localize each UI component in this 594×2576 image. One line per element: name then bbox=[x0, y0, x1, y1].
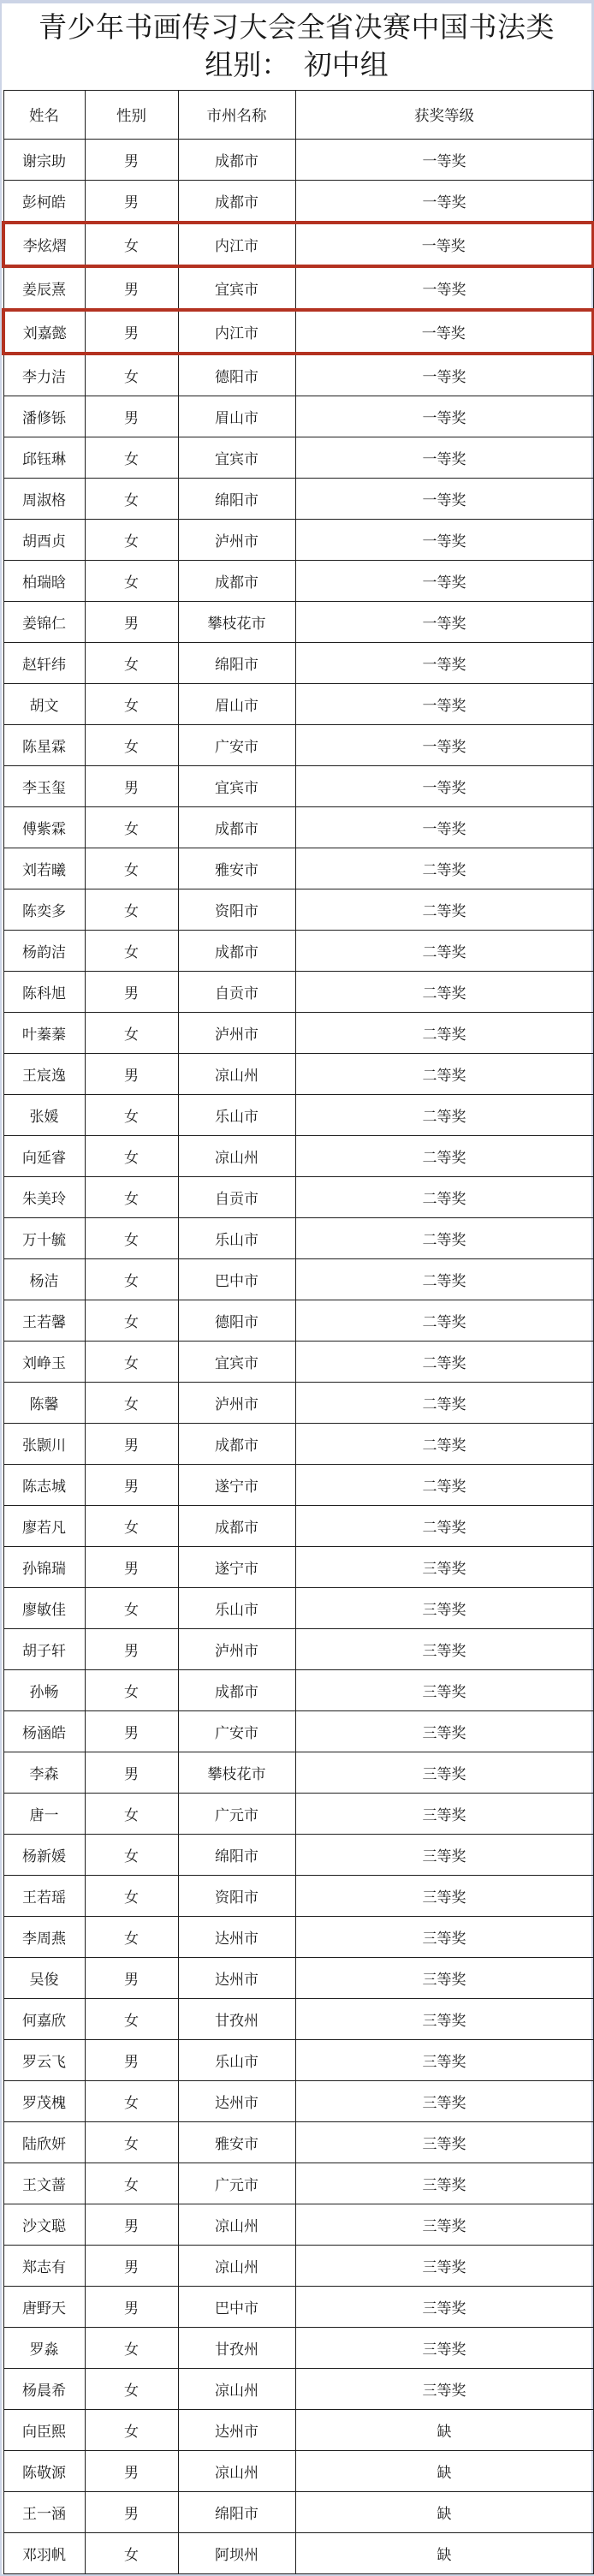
table-row: 谢宗助 男 成都市 一等奖 bbox=[3, 140, 593, 181]
table-row: 李玉玺 男 宜宾市 一等奖 bbox=[3, 766, 593, 807]
gender-cell: 女 bbox=[85, 354, 178, 396]
name-cell: 王宸逸 bbox=[3, 1054, 85, 1095]
name-cell: 陈敬源 bbox=[3, 2451, 85, 2492]
award-cell: 二等奖 bbox=[295, 1383, 593, 1424]
award-cell: 三等奖 bbox=[295, 1629, 593, 1670]
name-cell: 何嘉欣 bbox=[3, 1999, 85, 2040]
gender-cell: 男 bbox=[85, 140, 178, 181]
city-cell: 德阳市 bbox=[178, 354, 295, 396]
gender-cell: 男 bbox=[85, 1752, 178, 1794]
gender-cell: 女 bbox=[85, 1136, 178, 1177]
award-cell: 一等奖 bbox=[295, 479, 593, 520]
city-cell: 内江市 bbox=[178, 310, 295, 354]
award-cell: 一等奖 bbox=[295, 266, 593, 310]
award-cell: 一等奖 bbox=[295, 602, 593, 643]
table-row: 李周燕 女 达州市 三等奖 bbox=[3, 1917, 593, 1958]
name-cell: 孙锦瑞 bbox=[3, 1547, 85, 1588]
gender-cell: 男 bbox=[85, 2287, 178, 2328]
name-cell: 唐野天 bbox=[3, 2287, 85, 2328]
table-row: 王若馨 女 德阳市 二等奖 bbox=[3, 1300, 593, 1342]
gender-cell: 女 bbox=[85, 1999, 178, 2040]
name-cell: 杨韵洁 bbox=[3, 931, 85, 972]
award-cell: 三等奖 bbox=[295, 2287, 593, 2328]
name-cell: 刘嘉懿 bbox=[3, 310, 85, 354]
gender-cell: 男 bbox=[85, 2451, 178, 2492]
table-row: 李力洁 女 德阳市 一等奖 bbox=[3, 354, 593, 396]
table-row: 杨洁 女 巴中市 二等奖 bbox=[3, 1259, 593, 1300]
table-row: 李森 男 攀枝花市 三等奖 bbox=[3, 1752, 593, 1794]
city-cell: 成都市 bbox=[178, 931, 295, 972]
name-cell: 邱钰琳 bbox=[3, 437, 85, 479]
table-row: 万十毓 女 乐山市 二等奖 bbox=[3, 1218, 593, 1259]
table-row: 姜锦仁 男 攀枝花市 一等奖 bbox=[3, 602, 593, 643]
name-cell: 刘峥玉 bbox=[3, 1342, 85, 1383]
award-cell: 三等奖 bbox=[295, 1917, 593, 1958]
name-cell: 杨洁 bbox=[3, 1259, 85, 1300]
page: 青少年书画传习大会全省决赛中国书法类 组别： 初中组 姓名 性别 市州名称 获奖… bbox=[2, 3, 591, 2574]
award-cell: 缺 bbox=[295, 2533, 593, 2574]
city-cell: 达州市 bbox=[178, 1917, 295, 1958]
award-cell: 三等奖 bbox=[295, 2328, 593, 2369]
header-row: 姓名 性别 市州名称 获奖等级 bbox=[3, 91, 593, 140]
city-cell: 成都市 bbox=[178, 1506, 295, 1547]
city-cell: 巴中市 bbox=[178, 2287, 295, 2328]
award-cell: 三等奖 bbox=[295, 2204, 593, 2246]
name-cell: 向臣熙 bbox=[3, 2410, 85, 2451]
table-row: 罗茂槐 女 达州市 三等奖 bbox=[3, 2081, 593, 2122]
title-block: 青少年书画传习大会全省决赛中国书法类 组别： 初中组 bbox=[2, 3, 591, 90]
gender-cell: 女 bbox=[85, 643, 178, 684]
gender-cell: 男 bbox=[85, 1711, 178, 1752]
city-cell: 成都市 bbox=[178, 561, 295, 602]
name-cell: 彭柯皓 bbox=[3, 181, 85, 223]
table-row: 刘嘉懿 男 内江市 一等奖 bbox=[3, 310, 593, 354]
table-row: 李炫熠 女 内江市 一等奖 bbox=[3, 223, 593, 266]
name-cell: 王一涵 bbox=[3, 2492, 85, 2533]
city-cell: 巴中市 bbox=[178, 1259, 295, 1300]
table-row: 孙畅 女 成都市 三等奖 bbox=[3, 1670, 593, 1711]
award-cell: 三等奖 bbox=[295, 1835, 593, 1876]
table-row: 孙锦瑞 男 遂宁市 三等奖 bbox=[3, 1547, 593, 1588]
table-row: 廖敏佳 女 乐山市 三等奖 bbox=[3, 1588, 593, 1629]
award-cell: 三等奖 bbox=[295, 2163, 593, 2204]
city-cell: 泸州市 bbox=[178, 520, 295, 561]
award-cell: 缺 bbox=[295, 2492, 593, 2533]
city-cell: 泸州市 bbox=[178, 1013, 295, 1054]
award-cell: 一等奖 bbox=[295, 354, 593, 396]
award-cell: 二等奖 bbox=[295, 848, 593, 889]
page-title: 青少年书画传习大会全省决赛中国书法类 bbox=[5, 10, 588, 48]
col-header-gender: 性别 bbox=[85, 91, 178, 140]
name-cell: 陈馨 bbox=[3, 1383, 85, 1424]
city-cell: 宜宾市 bbox=[178, 766, 295, 807]
award-cell: 三等奖 bbox=[295, 2040, 593, 2081]
name-cell: 陈科旭 bbox=[3, 972, 85, 1013]
name-cell: 胡文 bbox=[3, 684, 85, 725]
city-cell: 达州市 bbox=[178, 2081, 295, 2122]
name-cell: 吴俊 bbox=[3, 1958, 85, 1999]
name-cell: 赵轩纬 bbox=[3, 643, 85, 684]
table-row: 何嘉欣 女 甘孜州 三等奖 bbox=[3, 1999, 593, 2040]
gender-cell: 男 bbox=[85, 2246, 178, 2287]
name-cell: 王若瑶 bbox=[3, 1876, 85, 1917]
city-cell: 泸州市 bbox=[178, 1383, 295, 1424]
name-cell: 邓羽帆 bbox=[3, 2533, 85, 2574]
table-row: 胡子轩 男 泸州市 三等奖 bbox=[3, 1629, 593, 1670]
city-cell: 广安市 bbox=[178, 725, 295, 766]
city-cell: 雅安市 bbox=[178, 848, 295, 889]
city-cell: 成都市 bbox=[178, 1670, 295, 1711]
award-cell: 缺 bbox=[295, 2451, 593, 2492]
award-cell: 一等奖 bbox=[295, 140, 593, 181]
table-row: 邱钰琳 女 宜宾市 一等奖 bbox=[3, 437, 593, 479]
award-cell: 二等奖 bbox=[295, 1342, 593, 1383]
name-cell: 李力洁 bbox=[3, 354, 85, 396]
gender-cell: 男 bbox=[85, 1465, 178, 1506]
award-cell: 二等奖 bbox=[295, 1013, 593, 1054]
city-cell: 乐山市 bbox=[178, 2040, 295, 2081]
gender-cell: 女 bbox=[85, 479, 178, 520]
table-row: 廖若凡 女 成都市 二等奖 bbox=[3, 1506, 593, 1547]
name-cell: 胡酉贞 bbox=[3, 520, 85, 561]
city-cell: 德阳市 bbox=[178, 1300, 295, 1342]
gender-cell: 女 bbox=[85, 1670, 178, 1711]
award-cell: 三等奖 bbox=[295, 2122, 593, 2163]
table-row: 张颢川 男 成都市 二等奖 bbox=[3, 1424, 593, 1465]
gender-cell: 女 bbox=[85, 1506, 178, 1547]
gender-cell: 女 bbox=[85, 889, 178, 931]
gender-cell: 女 bbox=[85, 1588, 178, 1629]
city-cell: 自贡市 bbox=[178, 1177, 295, 1218]
city-cell: 绵阳市 bbox=[178, 643, 295, 684]
name-cell: 王文蔷 bbox=[3, 2163, 85, 2204]
gender-cell: 女 bbox=[85, 1835, 178, 1876]
gender-cell: 男 bbox=[85, 1629, 178, 1670]
award-cell: 二等奖 bbox=[295, 1095, 593, 1136]
city-cell: 攀枝花市 bbox=[178, 1752, 295, 1794]
table-row: 杨新媛 女 绵阳市 三等奖 bbox=[3, 1835, 593, 1876]
city-cell: 凉山州 bbox=[178, 2204, 295, 2246]
gender-cell: 女 bbox=[85, 2163, 178, 2204]
table-row: 郑志有 男 凉山州 三等奖 bbox=[3, 2246, 593, 2287]
name-cell: 李森 bbox=[3, 1752, 85, 1794]
name-cell: 陆欣妍 bbox=[3, 2122, 85, 2163]
city-cell: 阿坝州 bbox=[178, 2533, 295, 2574]
gender-cell: 男 bbox=[85, 2492, 178, 2533]
gender-cell: 女 bbox=[85, 1876, 178, 1917]
city-cell: 凉山州 bbox=[178, 2246, 295, 2287]
name-cell: 杨新媛 bbox=[3, 1835, 85, 1876]
gender-cell: 女 bbox=[85, 2410, 178, 2451]
name-cell: 唐一 bbox=[3, 1794, 85, 1835]
gender-cell: 女 bbox=[85, 2533, 178, 2574]
gender-cell: 男 bbox=[85, 766, 178, 807]
city-cell: 宜宾市 bbox=[178, 1342, 295, 1383]
name-cell: 杨晨希 bbox=[3, 2369, 85, 2410]
group-subtitle: 组别： 初中组 bbox=[5, 48, 588, 86]
name-cell: 柏瑞晗 bbox=[3, 561, 85, 602]
table-row: 邓羽帆 女 阿坝州 缺 bbox=[3, 2533, 593, 2574]
name-cell: 廖敏佳 bbox=[3, 1588, 85, 1629]
gender-cell: 男 bbox=[85, 972, 178, 1013]
name-cell: 罗云飞 bbox=[3, 2040, 85, 2081]
table-row: 彭柯皓 男 成都市 一等奖 bbox=[3, 181, 593, 223]
table-row: 陈星霖 女 广安市 一等奖 bbox=[3, 725, 593, 766]
award-cell: 缺 bbox=[295, 2410, 593, 2451]
table-row: 罗淼 女 甘孜州 三等奖 bbox=[3, 2328, 593, 2369]
table-row: 赵轩纬 女 绵阳市 一等奖 bbox=[3, 643, 593, 684]
name-cell: 杨涵皓 bbox=[3, 1711, 85, 1752]
table-row: 陆欣妍 女 雅安市 三等奖 bbox=[3, 2122, 593, 2163]
award-cell: 一等奖 bbox=[295, 223, 593, 266]
city-cell: 绵阳市 bbox=[178, 479, 295, 520]
city-cell: 眉山市 bbox=[178, 396, 295, 437]
name-cell: 张媛 bbox=[3, 1095, 85, 1136]
table-row: 周淑格 女 绵阳市 一等奖 bbox=[3, 479, 593, 520]
gender-cell: 女 bbox=[85, 1013, 178, 1054]
table-row: 杨涵皓 男 广安市 三等奖 bbox=[3, 1711, 593, 1752]
gender-cell: 男 bbox=[85, 1958, 178, 1999]
city-cell: 自贡市 bbox=[178, 972, 295, 1013]
gender-cell: 男 bbox=[85, 602, 178, 643]
city-cell: 资阳市 bbox=[178, 889, 295, 931]
award-cell: 二等奖 bbox=[295, 1136, 593, 1177]
city-cell: 凉山州 bbox=[178, 1054, 295, 1095]
award-cell: 一等奖 bbox=[295, 396, 593, 437]
city-cell: 甘孜州 bbox=[178, 2328, 295, 2369]
award-cell: 三等奖 bbox=[295, 1999, 593, 2040]
name-cell: 谢宗助 bbox=[3, 140, 85, 181]
col-header-city: 市州名称 bbox=[178, 91, 295, 140]
award-cell: 二等奖 bbox=[295, 889, 593, 931]
city-cell: 资阳市 bbox=[178, 1876, 295, 1917]
award-cell: 三等奖 bbox=[295, 1958, 593, 1999]
table-row: 王宸逸 男 凉山州 二等奖 bbox=[3, 1054, 593, 1095]
gender-cell: 女 bbox=[85, 520, 178, 561]
award-cell: 二等奖 bbox=[295, 1465, 593, 1506]
award-cell: 二等奖 bbox=[295, 1300, 593, 1342]
gender-cell: 男 bbox=[85, 1547, 178, 1588]
gender-cell: 女 bbox=[85, 561, 178, 602]
award-cell: 一等奖 bbox=[295, 181, 593, 223]
gender-cell: 男 bbox=[85, 1424, 178, 1465]
name-cell: 李炫熠 bbox=[3, 223, 85, 266]
gender-cell: 女 bbox=[85, 223, 178, 266]
name-cell: 陈志城 bbox=[3, 1465, 85, 1506]
city-cell: 绵阳市 bbox=[178, 1835, 295, 1876]
award-cell: 二等奖 bbox=[295, 1218, 593, 1259]
city-cell: 宜宾市 bbox=[178, 266, 295, 310]
name-cell: 罗淼 bbox=[3, 2328, 85, 2369]
name-cell: 傅紫霖 bbox=[3, 807, 85, 848]
award-cell: 一等奖 bbox=[295, 561, 593, 602]
table-row: 唐野天 男 巴中市 三等奖 bbox=[3, 2287, 593, 2328]
name-cell: 陈奕多 bbox=[3, 889, 85, 931]
award-cell: 三等奖 bbox=[295, 1670, 593, 1711]
table-row: 罗云飞 男 乐山市 三等奖 bbox=[3, 2040, 593, 2081]
gender-cell: 女 bbox=[85, 807, 178, 848]
city-cell: 乐山市 bbox=[178, 1218, 295, 1259]
award-cell: 一等奖 bbox=[295, 310, 593, 354]
city-cell: 眉山市 bbox=[178, 684, 295, 725]
award-cell: 一等奖 bbox=[295, 725, 593, 766]
table-row: 傅紫霖 女 成都市 一等奖 bbox=[3, 807, 593, 848]
gender-cell: 女 bbox=[85, 2369, 178, 2410]
name-cell: 王若馨 bbox=[3, 1300, 85, 1342]
name-cell: 周淑格 bbox=[3, 479, 85, 520]
table-row: 姜辰熹 男 宜宾市 一等奖 bbox=[3, 266, 593, 310]
city-cell: 凉山州 bbox=[178, 2451, 295, 2492]
name-cell: 姜锦仁 bbox=[3, 602, 85, 643]
award-cell: 三等奖 bbox=[295, 1794, 593, 1835]
table-row: 陈馨 女 泸州市 二等奖 bbox=[3, 1383, 593, 1424]
city-cell: 达州市 bbox=[178, 1958, 295, 1999]
gender-cell: 男 bbox=[85, 181, 178, 223]
table-header: 姓名 性别 市州名称 获奖等级 bbox=[3, 91, 593, 140]
table-row: 陈科旭 男 自贡市 二等奖 bbox=[3, 972, 593, 1013]
award-cell: 一等奖 bbox=[295, 520, 593, 561]
name-cell: 张颢川 bbox=[3, 1424, 85, 1465]
gender-cell: 男 bbox=[85, 2204, 178, 2246]
name-cell: 李玉玺 bbox=[3, 766, 85, 807]
award-cell: 二等奖 bbox=[295, 1259, 593, 1300]
city-cell: 甘孜州 bbox=[178, 1999, 295, 2040]
name-cell: 廖若凡 bbox=[3, 1506, 85, 1547]
city-cell: 泸州市 bbox=[178, 1629, 295, 1670]
table-row: 柏瑞晗 女 成都市 一等奖 bbox=[3, 561, 593, 602]
gender-cell: 女 bbox=[85, 437, 178, 479]
gender-cell: 女 bbox=[85, 1177, 178, 1218]
city-cell: 凉山州 bbox=[178, 2369, 295, 2410]
name-cell: 孙畅 bbox=[3, 1670, 85, 1711]
gender-cell: 女 bbox=[85, 2081, 178, 2122]
name-cell: 陈星霖 bbox=[3, 725, 85, 766]
gender-cell: 女 bbox=[85, 848, 178, 889]
award-cell: 二等奖 bbox=[295, 1424, 593, 1465]
name-cell: 郑志有 bbox=[3, 2246, 85, 2287]
name-cell: 李周燕 bbox=[3, 1917, 85, 1958]
gender-cell: 女 bbox=[85, 1218, 178, 1259]
table-row: 杨韵洁 女 成都市 二等奖 bbox=[3, 931, 593, 972]
award-cell: 三等奖 bbox=[295, 2081, 593, 2122]
city-cell: 成都市 bbox=[178, 140, 295, 181]
table-row: 沙文聪 男 凉山州 三等奖 bbox=[3, 2204, 593, 2246]
city-cell: 乐山市 bbox=[178, 1095, 295, 1136]
gender-cell: 男 bbox=[85, 396, 178, 437]
award-cell: 三等奖 bbox=[295, 1752, 593, 1794]
city-cell: 乐山市 bbox=[178, 1588, 295, 1629]
award-cell: 一等奖 bbox=[295, 684, 593, 725]
table-row: 向臣熙 女 达州市 缺 bbox=[3, 2410, 593, 2451]
gender-cell: 女 bbox=[85, 931, 178, 972]
name-cell: 万十毓 bbox=[3, 1218, 85, 1259]
table-body: 谢宗助 男 成都市 一等奖 彭柯皓 男 成都市 一等奖 李炫熠 女 内江市 一等… bbox=[3, 140, 593, 2574]
table-row: 王一涵 男 绵阳市 缺 bbox=[3, 2492, 593, 2533]
award-cell: 一等奖 bbox=[295, 766, 593, 807]
gender-cell: 男 bbox=[85, 310, 178, 354]
name-cell: 朱美玲 bbox=[3, 1177, 85, 1218]
city-cell: 成都市 bbox=[178, 1424, 295, 1465]
city-cell: 广元市 bbox=[178, 1794, 295, 1835]
gender-cell: 女 bbox=[85, 1259, 178, 1300]
name-cell: 刘若曦 bbox=[3, 848, 85, 889]
table-row: 吴俊 男 达州市 三等奖 bbox=[3, 1958, 593, 1999]
col-header-award: 获奖等级 bbox=[295, 91, 593, 140]
city-cell: 成都市 bbox=[178, 807, 295, 848]
gender-cell: 女 bbox=[85, 1917, 178, 1958]
city-cell: 达州市 bbox=[178, 2410, 295, 2451]
table-row: 胡文 女 眉山市 一等奖 bbox=[3, 684, 593, 725]
name-cell: 向延睿 bbox=[3, 1136, 85, 1177]
city-cell: 绵阳市 bbox=[178, 2492, 295, 2533]
gender-cell: 女 bbox=[85, 1383, 178, 1424]
table-row: 刘峥玉 女 宜宾市 二等奖 bbox=[3, 1342, 593, 1383]
table-row: 潘修铄 男 眉山市 一等奖 bbox=[3, 396, 593, 437]
table-row: 王若瑶 女 资阳市 三等奖 bbox=[3, 1876, 593, 1917]
city-cell: 宜宾市 bbox=[178, 437, 295, 479]
gender-cell: 女 bbox=[85, 1300, 178, 1342]
gender-cell: 女 bbox=[85, 1342, 178, 1383]
city-cell: 凉山州 bbox=[178, 1136, 295, 1177]
award-table: 姓名 性别 市州名称 获奖等级 谢宗助 男 成都市 一等奖 彭柯皓 男 成都市 … bbox=[2, 90, 594, 2574]
city-cell: 遂宁市 bbox=[178, 1547, 295, 1588]
city-cell: 广安市 bbox=[178, 1711, 295, 1752]
award-cell: 二等奖 bbox=[295, 1054, 593, 1095]
table-row: 胡酉贞 女 泸州市 一等奖 bbox=[3, 520, 593, 561]
table-row: 王文蔷 女 广元市 三等奖 bbox=[3, 2163, 593, 2204]
gender-cell: 女 bbox=[85, 1794, 178, 1835]
name-cell: 姜辰熹 bbox=[3, 266, 85, 310]
table-row: 朱美玲 女 自贡市 二等奖 bbox=[3, 1177, 593, 1218]
award-cell: 三等奖 bbox=[295, 1588, 593, 1629]
table-row: 陈奕多 女 资阳市 二等奖 bbox=[3, 889, 593, 931]
gender-cell: 女 bbox=[85, 2328, 178, 2369]
award-cell: 二等奖 bbox=[295, 1506, 593, 1547]
award-cell: 二等奖 bbox=[295, 1177, 593, 1218]
gender-cell: 女 bbox=[85, 725, 178, 766]
gender-cell: 男 bbox=[85, 2040, 178, 2081]
city-cell: 遂宁市 bbox=[178, 1465, 295, 1506]
award-cell: 三等奖 bbox=[295, 1547, 593, 1588]
gender-cell: 男 bbox=[85, 266, 178, 310]
name-cell: 罗茂槐 bbox=[3, 2081, 85, 2122]
table-row: 杨晨希 女 凉山州 三等奖 bbox=[3, 2369, 593, 2410]
name-cell: 胡子轩 bbox=[3, 1629, 85, 1670]
award-cell: 二等奖 bbox=[295, 931, 593, 972]
award-cell: 一等奖 bbox=[295, 437, 593, 479]
city-cell: 攀枝花市 bbox=[178, 602, 295, 643]
award-cell: 三等奖 bbox=[295, 1876, 593, 1917]
table-row: 向延睿 女 凉山州 二等奖 bbox=[3, 1136, 593, 1177]
city-cell: 雅安市 bbox=[178, 2122, 295, 2163]
table-row: 陈敬源 男 凉山州 缺 bbox=[3, 2451, 593, 2492]
gender-cell: 男 bbox=[85, 1054, 178, 1095]
name-cell: 潘修铄 bbox=[3, 396, 85, 437]
gender-cell: 女 bbox=[85, 2122, 178, 2163]
table-row: 叶蓁蓁 女 泸州市 二等奖 bbox=[3, 1013, 593, 1054]
gender-cell: 女 bbox=[85, 684, 178, 725]
award-cell: 一等奖 bbox=[295, 807, 593, 848]
award-cell: 一等奖 bbox=[295, 643, 593, 684]
name-cell: 沙文聪 bbox=[3, 2204, 85, 2246]
award-cell: 三等奖 bbox=[295, 2369, 593, 2410]
name-cell: 叶蓁蓁 bbox=[3, 1013, 85, 1054]
table-row: 张媛 女 乐山市 二等奖 bbox=[3, 1095, 593, 1136]
gender-cell: 女 bbox=[85, 1095, 178, 1136]
table-row: 刘若曦 女 雅安市 二等奖 bbox=[3, 848, 593, 889]
award-cell: 三等奖 bbox=[295, 2246, 593, 2287]
city-cell: 广元市 bbox=[178, 2163, 295, 2204]
